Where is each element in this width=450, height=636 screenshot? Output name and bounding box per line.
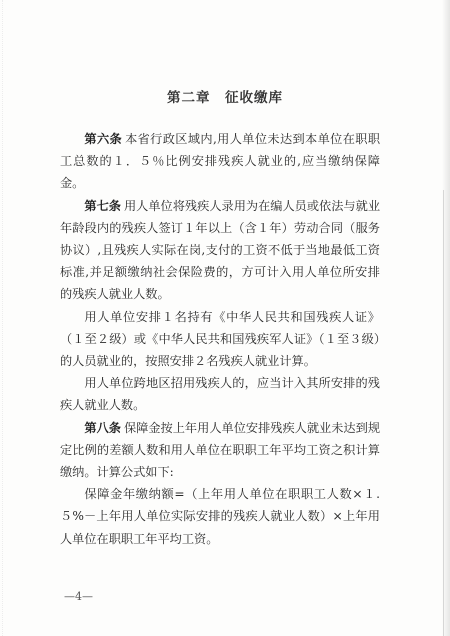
paragraph-text: 用人单位将残疾人录用为在编人员或依法与就业年龄段内的残疾人签订１年以上（含１年）…: [60, 199, 380, 302]
scan-edge-line: [443, 190, 444, 636]
paragraph-article-7-clause-2: 用人单位安排１名持有《中华人民共和国残疾人证》（１至２级）或《中华人民共和国残疾…: [60, 306, 380, 373]
document-body: 第六条本省行政区域内,用人单位未达到本单位在职职工总数的１．５％比例安排残疾人就…: [60, 128, 380, 550]
paragraph-article-6: 第六条本省行政区域内,用人单位未达到本单位在职职工总数的１．５％比例安排残疾人就…: [60, 128, 380, 195]
chapter-title: 第二章 征收缴库: [0, 86, 450, 106]
paragraph-formula: 保障金年缴纳额=（上年用人单位在职职工人数×１.５%－上年用人单位实际安排的残疾…: [60, 483, 380, 550]
paragraph-article-7-clause-3: 用人单位跨地区招用残疾人的，应当计入其所安排的残疾人就业人数。: [60, 372, 380, 416]
paragraph-article-7: 第七条用人单位将残疾人录用为在编人员或依法与就业年龄段内的残疾人签订１年以上（含…: [60, 195, 380, 306]
article-label: 第六条: [84, 132, 122, 146]
paragraph-text: 用人单位安排１名持有《中华人民共和国残疾人证》（１至２级）或《中华人民共和国残疾…: [60, 310, 380, 368]
page-number: —4—: [64, 590, 93, 603]
paragraph-text: 用人单位跨地区招用残疾人的，应当计入其所安排的残疾人就业人数。: [60, 376, 380, 412]
article-label: 第七条: [84, 199, 121, 213]
article-label: 第八条: [84, 421, 121, 435]
formula-text: 保障金年缴纳额=（上年用人单位在职职工人数×１.５%－上年用人单位实际安排的残疾…: [60, 487, 380, 545]
paragraph-article-8: 第八条保障金按上年用人单位安排残疾人就业未达到规定比例的差额人数和用人单位在职职…: [60, 417, 380, 484]
